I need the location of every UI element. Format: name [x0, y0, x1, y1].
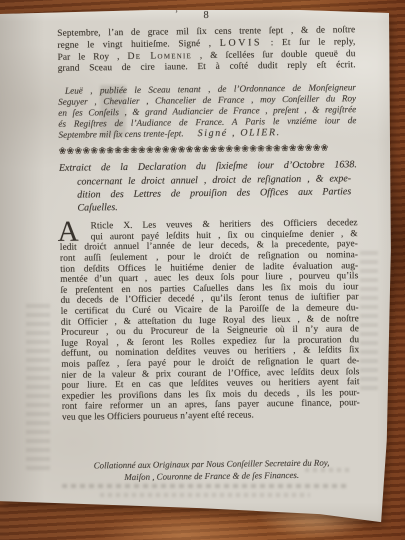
- page-number: 8: [203, 10, 208, 21]
- signed-label: Signé ,: [198, 128, 237, 139]
- text-line: Caſuelles.: [59, 198, 357, 215]
- text-line: Septembre mil ſix cens trente-ſept.Signé…: [58, 127, 356, 142]
- text-segment: Par le Roy ,: [58, 52, 128, 63]
- show-through-margin-text: [26, 300, 50, 470]
- page-header: ’ 8: [57, 8, 355, 26]
- fleuron-ornament-row: ❀❀❀❀❀❀❀❀❀❀❀❀❀❀❀❀❀❀❀❀❀❀❀❀❀❀❀❀❀❀❀❀❀❀: [59, 144, 357, 159]
- text-segment: : Et ſur le reply,: [262, 37, 355, 48]
- registration-note-paragraph: Leuë , publiée le Sceau tenant , de l’Or…: [58, 82, 357, 141]
- show-through-line: [62, 484, 350, 488]
- secretary-name: De Lomenie: [127, 50, 192, 62]
- text-segment: Septembre mil ſix cens trente-ſept.: [58, 129, 183, 141]
- drop-cap-initial: A: [58, 219, 79, 245]
- text-line: grand Sceau de cire iaune. Et à coſté du…: [58, 60, 356, 75]
- collation-note: Collationné aux Originaux par Nous Conſe…: [62, 456, 360, 485]
- printed-text-block: ’ 8 Septembre, l’an de grace mil ſix cen…: [57, 8, 361, 484]
- text-line: veu que les Officiers pourueus n’ayent e…: [62, 409, 360, 423]
- photo-scene: ’ 8 Septembre, l’an de grace mil ſix cen…: [0, 0, 405, 540]
- text-segment: regne le vingt huitieſme. Signé ,: [57, 39, 219, 51]
- paper-shadow-wrap: ’ 8 Septembre, l’an de grace mil ſix cen…: [0, 0, 405, 540]
- king-name: LOVIS: [220, 37, 263, 49]
- show-through-line: [100, 493, 310, 497]
- article-x-paragraph: A Rticle X. Les veuves & heritiers des O…: [60, 218, 360, 423]
- inking-mark: ’: [175, 8, 178, 18]
- royal-close-paragraph: Septembre, l’an de grace mil ſix cens tr…: [57, 25, 356, 75]
- document-page: ’ 8 Septembre, l’an de grace mil ſix cen…: [0, 0, 405, 540]
- signer-name: OLIER.: [240, 127, 281, 138]
- text-segment: , & ſcellées ſur double queuë du: [192, 49, 356, 61]
- show-through-margin-text: [360, 250, 378, 390]
- extract-heading: Extraict de la Declaration du ſixieſme i…: [59, 159, 358, 215]
